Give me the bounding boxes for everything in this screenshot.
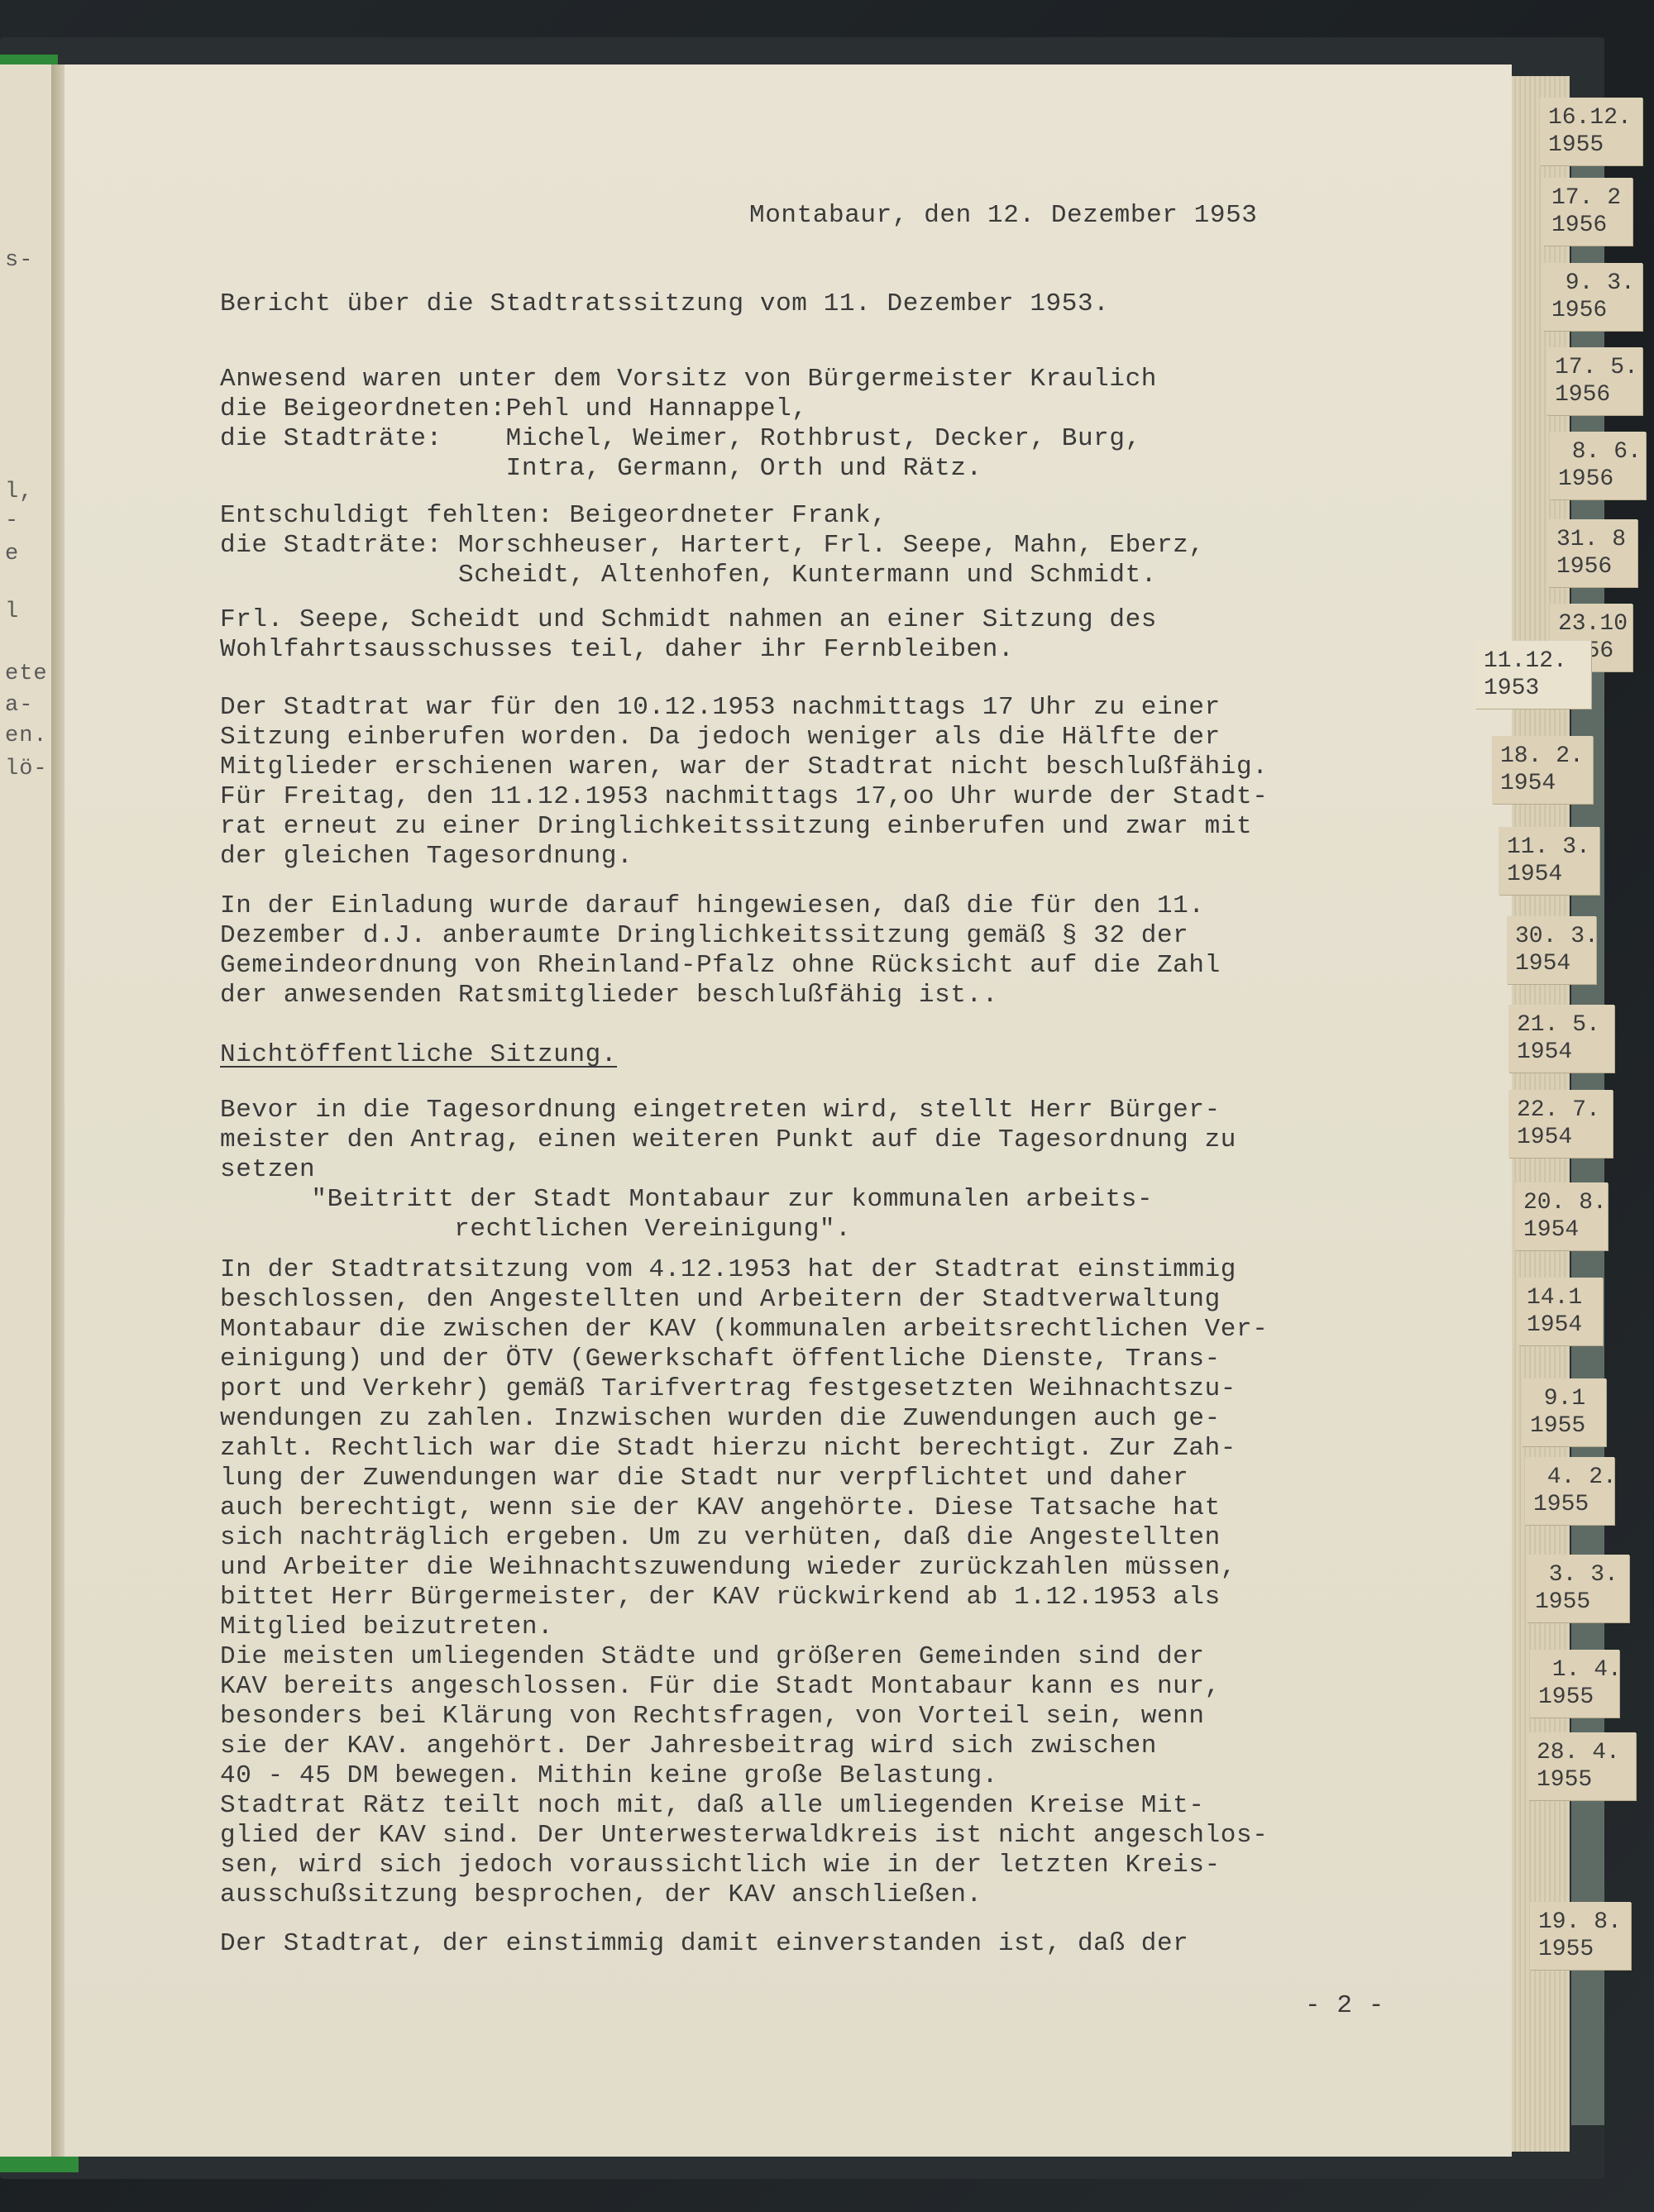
index-tab[interactable]: 19. 8.1955 xyxy=(1530,1902,1631,1970)
previous-page-text-fragment: s- xyxy=(5,248,33,273)
text-line: auch berechtigt, wenn sie der KAV angehö… xyxy=(220,1493,1221,1523)
text-line: sich nachträglich ergeben. Um zu verhüte… xyxy=(220,1523,1221,1553)
previous-page-text-fragment: e xyxy=(5,542,19,566)
previous-page-text-fragment: a- xyxy=(5,693,33,718)
index-tab-year: 1953 xyxy=(1484,675,1586,702)
index-tab-day: 18. 2. xyxy=(1500,743,1588,770)
index-tab-year: 1955 xyxy=(1538,1936,1626,1963)
index-tab-day: 30. 3. xyxy=(1515,923,1591,950)
index-tab-year: 1955 xyxy=(1535,1589,1624,1616)
text-line: Entschuldigt fehlten: Beigeordneter Fran… xyxy=(220,501,887,531)
index-tab-year: 1956 xyxy=(1556,553,1632,580)
index-tab[interactable]: 9.11955 xyxy=(1522,1378,1606,1446)
text-line: Mitglieder erschienen waren, war der Sta… xyxy=(220,752,1268,782)
index-tab[interactable]: 14.11954 xyxy=(1518,1278,1603,1345)
index-tab-year: 1954 xyxy=(1507,861,1594,888)
text-line: die Stadträte: Morschheuser, Hartert, Fr… xyxy=(220,531,1205,561)
index-tab[interactable]: 11.12.1953 xyxy=(1475,641,1591,709)
index-tab-year: 1955 xyxy=(1537,1766,1631,1794)
previous-page-edge: s-l,-eletea-en.lö- xyxy=(0,64,55,2157)
index-tab-year: 1954 xyxy=(1517,1124,1608,1151)
index-tab-year: 1954 xyxy=(1500,770,1588,797)
index-tab-day: 22. 7. xyxy=(1517,1096,1608,1124)
index-tab[interactable]: 17. 5.1956 xyxy=(1546,347,1642,415)
section-heading: Nichtöffentliche Sitzung. xyxy=(220,1040,617,1070)
text-line: Gemeindeordnung von Rheinland-Pfalz ohne… xyxy=(220,951,1221,981)
index-tab-day: 4. 2. xyxy=(1533,1464,1609,1491)
previous-page-text-fragment: en. xyxy=(5,724,48,748)
index-tab[interactable]: 1. 4.1955 xyxy=(1530,1650,1619,1718)
text-line: Sitzung einberufen worden. Da jedoch wen… xyxy=(220,723,1221,752)
text-line: ausschußsitzung besprochen, der KAV ansc… xyxy=(220,1880,982,1910)
index-tab-year: 1955 xyxy=(1548,131,1637,159)
text-line: bittet Herr Bürgermeister, der KAV rückw… xyxy=(220,1583,1221,1612)
index-tab-day: 11. 3. xyxy=(1507,834,1594,861)
text-line: und Arbeiter die Weihnachtszuwendung wie… xyxy=(220,1553,1236,1583)
index-tab-day: 28. 4. xyxy=(1537,1739,1631,1766)
text-line: der anwesenden Ratsmitglieder beschlußfä… xyxy=(220,981,998,1010)
index-tab-year: 1954 xyxy=(1523,1216,1603,1244)
index-tab-year: 1955 xyxy=(1530,1412,1601,1440)
text-line: Mitglied beizutreten. xyxy=(220,1612,553,1642)
text-line: die Stadträte: Michel, Weimer, Rothbrust… xyxy=(220,424,1141,454)
index-tab-day: 3. 3. xyxy=(1535,1561,1624,1589)
index-tab-day: 8. 6. xyxy=(1558,438,1641,466)
index-tab-year: 1956 xyxy=(1551,212,1628,239)
index-tab[interactable]: 4. 2.1955 xyxy=(1525,1457,1614,1525)
index-tab-day: 17. 2 xyxy=(1551,184,1628,212)
index-tab-day: 17. 5. xyxy=(1555,354,1637,381)
previous-page-text-fragment: ete xyxy=(5,662,48,686)
place-date: Montabaur, den 12. Dezember 1953 xyxy=(749,201,1258,231)
index-tab[interactable]: 17. 21956 xyxy=(1543,178,1632,246)
text-line: sen, wird sich jedoch voraussichtlich wi… xyxy=(220,1851,1221,1880)
text-line: sie der KAV. angehört. Der Jahresbeitrag… xyxy=(220,1732,1157,1761)
text-line: Für Freitag, den 11.12.1953 nachmittags … xyxy=(220,782,1268,812)
text-line: setzen xyxy=(220,1155,315,1185)
text-line: besonders bei Klärung von Rechtsfragen, … xyxy=(220,1702,1205,1732)
text-line: rat erneut zu einer Dringlichkeitssitzun… xyxy=(220,812,1252,842)
text-line: port und Verkehr) gemäß Tarifvertrag fes… xyxy=(220,1374,1236,1404)
index-tab-year: 1955 xyxy=(1533,1491,1609,1518)
index-tab-day: 1. 4. xyxy=(1538,1656,1614,1684)
index-tab[interactable]: 11. 3.1954 xyxy=(1499,827,1599,895)
index-tab-day: 19. 8. xyxy=(1538,1909,1626,1936)
text-line: einigung) und der ÖTV (Gewerkschaft öffe… xyxy=(220,1345,1221,1374)
index-tab[interactable]: 31. 81956 xyxy=(1548,519,1637,587)
text-line: der gleichen Tagesordnung. xyxy=(220,842,633,872)
text-line: 40 - 45 DM bewegen. Mithin keine große B… xyxy=(220,1761,998,1791)
text-line: Scheidt, Altenhofen, Kuntermann und Schm… xyxy=(220,561,1157,590)
index-tab-day: 23.10 xyxy=(1558,610,1628,638)
text-line: lung der Zuwendungen war die Stadt nur v… xyxy=(220,1464,1188,1493)
index-tab-year: 1954 xyxy=(1515,950,1591,977)
index-tab-day: 16.12. xyxy=(1548,104,1637,131)
text-line: zahlt. Rechtlich war die Stadt hierzu ni… xyxy=(220,1434,1236,1464)
index-tab[interactable]: 3. 3.1955 xyxy=(1527,1555,1629,1622)
index-tab-day: 21. 5. xyxy=(1517,1011,1609,1039)
document-page: Montabaur, den 12. Dezember 1953 Bericht… xyxy=(65,64,1512,2157)
previous-page-text-fragment: - xyxy=(5,509,19,533)
index-tab-year: 1956 xyxy=(1551,297,1637,324)
text-line: Frl. Seepe, Scheidt und Schmidt nahmen a… xyxy=(220,605,1157,635)
page-number: - 2 - xyxy=(1305,1991,1384,2021)
index-tab[interactable]: 18. 2.1954 xyxy=(1492,736,1593,804)
text-line: Intra, Germann, Orth und Rätz. xyxy=(220,454,982,484)
index-tab-day: 9. 3. xyxy=(1551,270,1637,297)
index-tab[interactable]: 20. 8.1954 xyxy=(1515,1182,1608,1250)
text-line: Wohlfahrtsausschusses teil, daher ihr Fe… xyxy=(220,635,1014,665)
text-line: beschlossen, den Angestellten und Arbeit… xyxy=(220,1285,1221,1315)
text-line: Der Stadtrat war für den 10.12.1953 nach… xyxy=(220,693,1221,723)
index-tab[interactable]: 28. 4.1955 xyxy=(1528,1732,1636,1800)
text-line: Bevor in die Tagesordnung eingetreten wi… xyxy=(220,1096,1221,1125)
index-tab[interactable]: 8. 6.1956 xyxy=(1550,432,1646,499)
index-tab-day: 20. 8. xyxy=(1523,1189,1603,1216)
index-tab[interactable]: 22. 7.1954 xyxy=(1508,1090,1613,1158)
text-line: In der Stadtratsitzung vom 4.12.1953 hat… xyxy=(220,1255,1236,1285)
index-tab-day: 31. 8 xyxy=(1556,526,1632,553)
text-line: "Beitritt der Stadt Montabaur zur kommun… xyxy=(280,1185,1153,1215)
index-tab[interactable]: 30. 3.1954 xyxy=(1507,916,1596,984)
text-line: Stadtrat Rätz teilt noch mit, daß alle u… xyxy=(220,1791,1205,1821)
index-tab-year: 1954 xyxy=(1527,1311,1598,1339)
previous-page-text-fragment: lö- xyxy=(5,757,48,781)
index-tab-year: 1954 xyxy=(1517,1039,1609,1066)
index-tab-year: 1956 xyxy=(1558,466,1641,493)
index-tab-day: 14.1 xyxy=(1527,1284,1598,1311)
previous-page-text-fragment: l, xyxy=(5,480,33,504)
text-line: Anwesend waren unter dem Vorsitz von Bür… xyxy=(220,365,1157,394)
previous-page-text-fragment: l xyxy=(5,600,19,624)
text-line: glied der KAV sind. Der Unterwesterwaldk… xyxy=(220,1821,1268,1851)
text-line: die Beigeordneten:Pehl und Hannappel, xyxy=(220,394,808,424)
text-line: Die meisten umliegenden Städte und größe… xyxy=(220,1642,1205,1672)
text-line: Montabaur die zwischen der KAV (kommunal… xyxy=(220,1315,1268,1345)
index-tab[interactable]: 9. 3.1956 xyxy=(1543,263,1642,331)
index-tab-day: 11.12. xyxy=(1484,647,1586,675)
index-tab[interactable]: 21. 5.1954 xyxy=(1508,1005,1614,1073)
text-line: In der Einladung wurde darauf hingewiese… xyxy=(220,891,1205,921)
text-line: wendungen zu zahlen. Inzwischen wurden d… xyxy=(220,1404,1221,1434)
index-tab-year: 1955 xyxy=(1538,1684,1614,1711)
closing-line: Der Stadtrat, der einstimmig damit einve… xyxy=(220,1929,1188,1959)
index-tab-day: 9.1 xyxy=(1530,1385,1601,1412)
text-line: KAV bereits angeschlossen. Für die Stadt… xyxy=(220,1672,1221,1702)
binding-ribbon-bottom xyxy=(0,2154,79,2172)
text-line: Dezember d.J. anberaumte Dringlichkeitss… xyxy=(220,921,1188,951)
text-line: meister den Antrag, einen weiteren Punkt… xyxy=(220,1125,1236,1155)
index-tab-year: 1956 xyxy=(1555,381,1637,408)
index-tab[interactable]: 16.12.1955 xyxy=(1540,98,1642,165)
report-title: Bericht über die Stadtratssitzung vom 11… xyxy=(220,289,1109,319)
text-line: rechtlichen Vereinigung". xyxy=(280,1215,851,1245)
